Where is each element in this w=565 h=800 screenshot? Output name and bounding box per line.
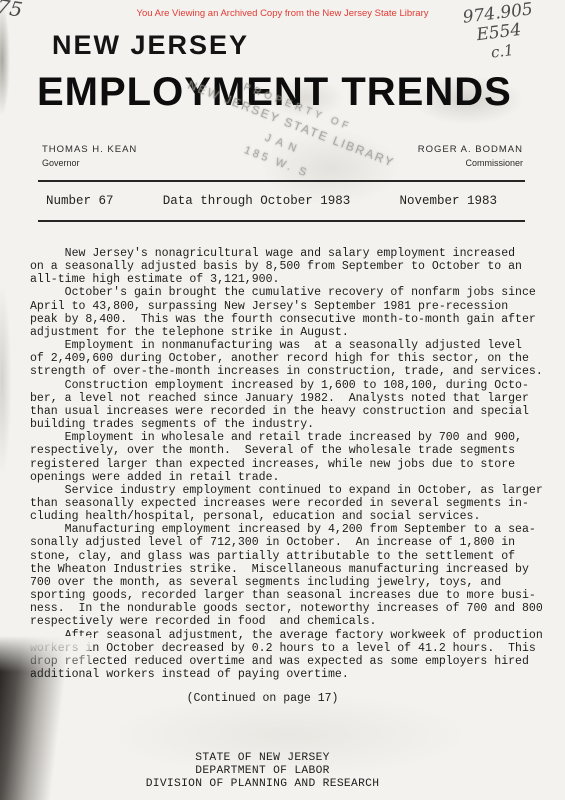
article-body-text: New Jersey's nonagricultural wage and sa… — [30, 247, 543, 681]
footer-agency-block: STATE OF NEW JERSEY DEPARTMENT OF LABOR … — [0, 752, 525, 791]
footer-line-department: DEPARTMENT OF LABOR — [0, 765, 525, 778]
governor-title: Governor — [42, 158, 137, 168]
horizontal-rule-top — [38, 180, 525, 182]
commissioner-block: ROGER A. BODMAN Commissioner — [418, 144, 523, 168]
commissioner-name: ROGER A. BODMAN — [418, 144, 523, 155]
footer-line-state: STATE OF NEW JERSEY — [0, 752, 525, 765]
continued-note: (Continued on page 17) — [20, 692, 505, 705]
horizontal-rule-bottom — [38, 220, 525, 222]
commissioner-title: Commissioner — [418, 158, 523, 168]
issue-coverage: Data through October 1983 — [163, 194, 351, 208]
handwritten-corner-mark: 75 — [0, 0, 24, 22]
footer-line-division: DIVISION OF PLANNING AND RESEARCH — [0, 778, 525, 791]
governor-name: THOMAS H. KEAN — [42, 144, 137, 155]
governor-block: THOMAS H. KEAN Governor — [42, 144, 137, 168]
officials-row: THOMAS H. KEAN Governor ROGER A. BODMAN … — [42, 144, 523, 168]
handwritten-call-number: 974.905 E554 c.1 — [461, 0, 544, 65]
issue-number: Number 67 — [38, 194, 114, 208]
masthead-title: EMPLOYMENT TRENDS — [37, 70, 512, 115]
scanned-newsletter-page: You Are Viewing an Archived Copy from th… — [0, 0, 565, 800]
issue-info-row: Number 67 Data through October 1983 Nove… — [38, 194, 525, 208]
issue-date: November 1983 — [399, 194, 525, 208]
masthead-state-name: NEW JERSEY — [52, 30, 249, 61]
